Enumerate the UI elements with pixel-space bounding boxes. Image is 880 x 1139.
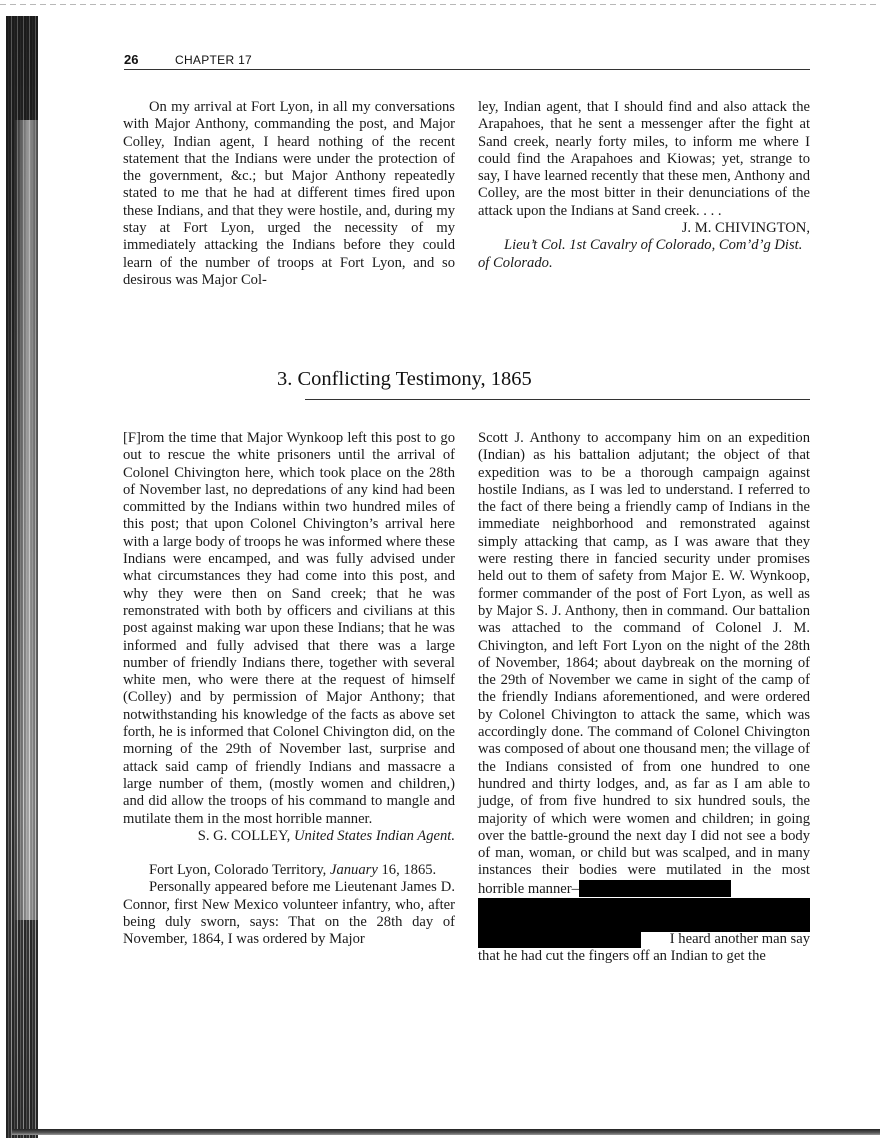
binding-shadow-fade: [14, 120, 38, 920]
header-rule: [124, 69, 810, 70]
chivington-paragraph-left: On my arrival at Fort Lyon, in all my co…: [123, 99, 455, 289]
column-left-top: On my arrival at Fort Lyon, in all my co…: [123, 99, 455, 289]
chivington-signature-title: Lieu’t Col. 1st Cavalry of Colorado, Com…: [478, 237, 810, 272]
dateline-month: January: [330, 862, 378, 878]
colley-signature-name: S. G. COLLEY,: [198, 828, 291, 844]
affidavit-last-line: that he had cut the fingers off an India…: [478, 948, 810, 965]
affidavit-continued-text: Scott J. Anthony to accompany him on an …: [478, 430, 810, 897]
colley-signature: S. G. COLLEY, United States Indian Agent…: [123, 828, 455, 845]
scan-top-edge: [0, 4, 880, 5]
colley-testimony-body: [F]rom the time that Major Wynkoop left …: [123, 430, 455, 828]
dateline-day-year: 16, 1865.: [381, 862, 436, 878]
chapter-label: CHAPTER 17: [175, 53, 252, 67]
affidavit-continued: Scott J. Anthony to accompany him on an …: [478, 430, 810, 898]
scan-bottom-edge: [12, 1129, 880, 1135]
section-title: Conflicting Testimony, 1865: [298, 368, 532, 390]
column-left-bottom: [F]rom the time that Major Wynkoop left …: [123, 430, 455, 949]
redaction-block: [478, 898, 810, 932]
page-number: 26: [124, 52, 138, 67]
section-heading: 3. Conflicting Testimony, 1865: [277, 368, 532, 391]
redaction-bar-line-1: [579, 880, 731, 897]
affidavit-after-redaction: I heard another man say: [478, 931, 810, 948]
affidavit-dateline: Fort Lyon, Colorado Territory, January 1…: [123, 862, 455, 879]
dateline-place: Fort Lyon, Colorado Territory,: [149, 862, 326, 878]
column-right-bottom: Scott J. Anthony to accompany him on an …: [478, 430, 810, 966]
affidavit-intro: Personally appeared before me Lieutenant…: [123, 879, 455, 948]
chivington-paragraph-right: ley, Indian agent, that I should find an…: [478, 99, 810, 220]
after-redaction-text: I heard another man say: [670, 931, 810, 947]
colley-signature-title: United States Indian Agent.: [294, 828, 455, 844]
section-rule: [305, 399, 810, 400]
document-page: 26 CHAPTER 17 On my arrival at Fort Lyon…: [0, 0, 880, 1139]
chivington-signature-name: J. M. CHIVINGTON,: [478, 220, 810, 237]
column-right-top: ley, Indian agent, that I should find an…: [478, 99, 810, 272]
section-number: 3.: [277, 368, 292, 390]
redaction-bar-line-4: [478, 931, 641, 948]
